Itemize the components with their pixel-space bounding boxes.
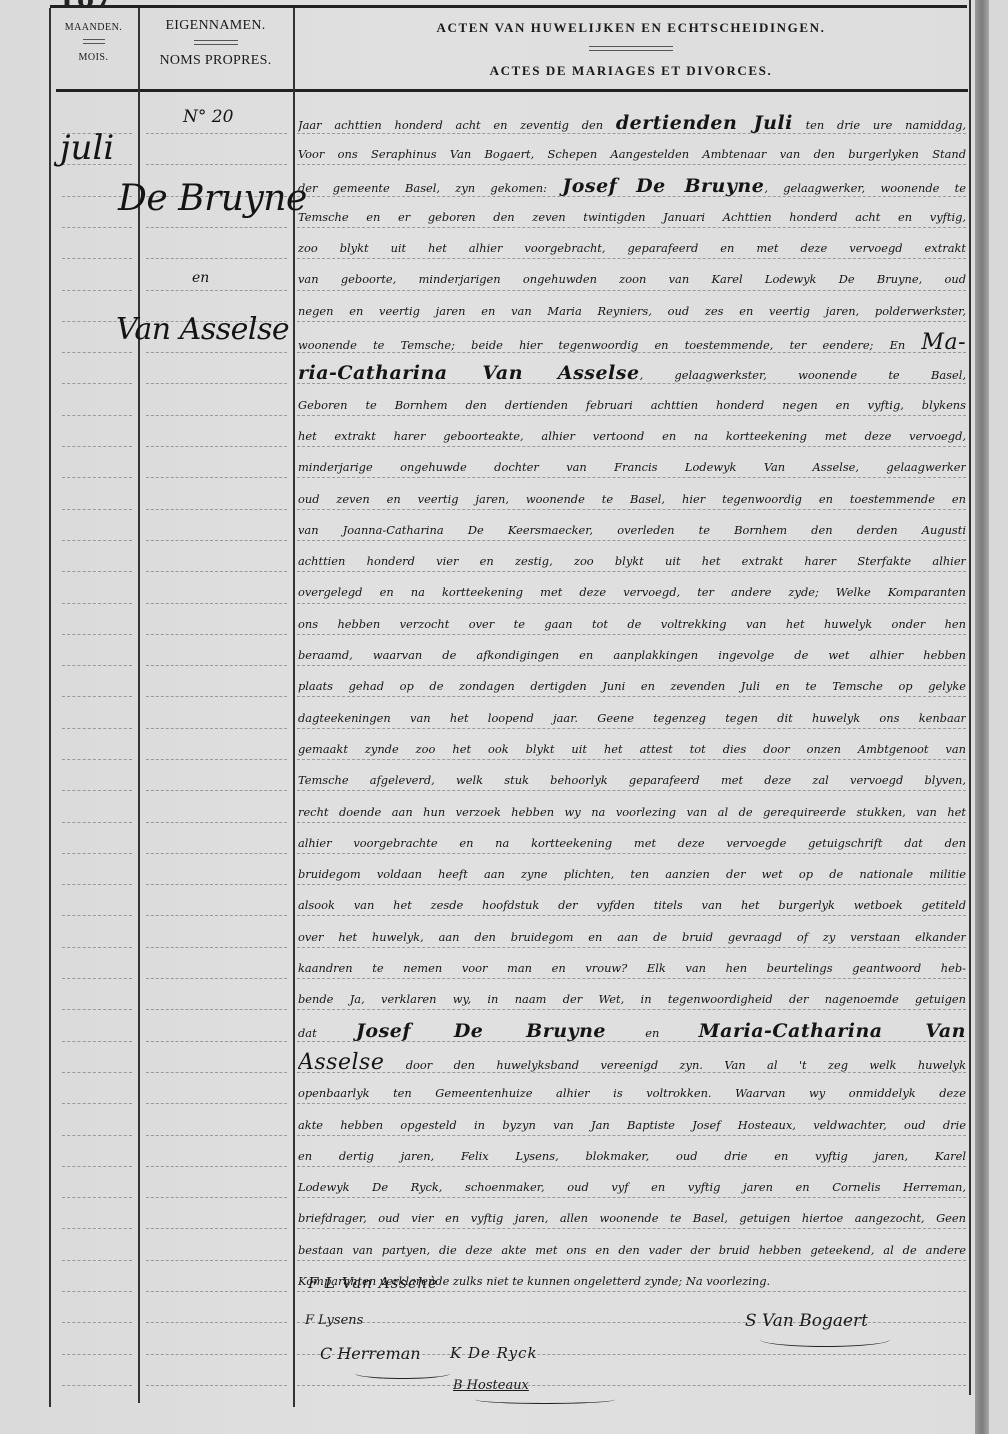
- party-name: Maria-Catharina Van: [699, 1020, 966, 1042]
- text-line: Temsche en er geboren den zeven twintigd…: [298, 202, 966, 233]
- text-line: over het huwelyk, aan den bruidegom en a…: [298, 922, 966, 953]
- text-line: Geboren te Bornhem den dertienden februa…: [298, 390, 966, 421]
- ruled-line: [62, 728, 132, 729]
- text-segment: en: [606, 1026, 699, 1040]
- ruled-line: [62, 446, 132, 447]
- signature-witness: K De Ryck: [450, 1344, 538, 1362]
- ruled-line: [146, 1322, 287, 1323]
- text-segment: alhier voorgebrachte en na kortteekening…: [298, 836, 966, 850]
- text-line: en dertig jaren, Felix Lysens, blokmaker…: [298, 1141, 966, 1172]
- ruled-line: [62, 947, 132, 948]
- text-segment: Temsche en er geboren den zeven twintigd…: [298, 210, 966, 224]
- ruled-line: [146, 290, 287, 291]
- ruled-line: [62, 1291, 132, 1292]
- ruled-line: [146, 978, 287, 979]
- header-rule: [56, 89, 968, 92]
- ruled-line: [146, 1354, 287, 1355]
- double-rule: [194, 40, 238, 45]
- marriage-act-text: Jaar achttien honderd acht en zeventig d…: [298, 108, 966, 1297]
- ruled-line: [146, 947, 287, 948]
- text-segment: , gelaagwerkster, woonende te Basel,: [640, 368, 966, 382]
- ruled-line: [62, 540, 132, 541]
- ruled-line: [62, 884, 132, 885]
- text-line: recht doende aan hun verzoek hebben wy n…: [298, 797, 966, 828]
- ruled-line: [62, 1260, 132, 1261]
- ruled-line: [62, 227, 132, 228]
- text-line: alhier voorgebrachte en na kortteekening…: [298, 828, 966, 859]
- ruled-line: [62, 665, 132, 666]
- ruled-line: [146, 540, 287, 541]
- text-segment: van geboorte, minderjarigen ongehuwden z…: [298, 272, 966, 286]
- ruled-line: [146, 1260, 287, 1261]
- text-segment: woonende te Temsche; beide hier tegenwoo…: [298, 338, 921, 352]
- ruled-line: [62, 1354, 132, 1355]
- text-segment: alsook van het zesde hoofdstuk der vyfde…: [298, 898, 966, 912]
- text-segment: het extrakt harer geboorteakte, alhier v…: [298, 429, 966, 443]
- text-line: beraamd, waarvan de afkondigingen en aan…: [298, 640, 966, 671]
- act-number: N° 20: [183, 107, 233, 127]
- ruled-line: [146, 258, 287, 259]
- ruled-line: [146, 509, 287, 510]
- text-line: Asselse door den huwelyksband vereenigd …: [298, 1047, 966, 1078]
- party-name: Asselse: [298, 1050, 384, 1075]
- double-rule: [83, 39, 105, 44]
- text-line: Lodewyk De Ryck, schoenmaker, oud vyf en…: [298, 1172, 966, 1203]
- ruled-line: [146, 133, 287, 134]
- ruled-line: [146, 1103, 287, 1104]
- text-line: briefdrager, oud vier en vyftig jaren, a…: [298, 1203, 966, 1234]
- header-months: MAANDEN. MOIS.: [49, 22, 138, 63]
- year-stub: 187: [58, 0, 115, 16]
- text-segment: over het huwelyk, aan den bruidegom en a…: [298, 930, 966, 944]
- groom-surname: De Bruyne: [118, 178, 307, 219]
- text-line: gemaakt zynde zoo het ook blykt uit het …: [298, 734, 966, 765]
- ruled-line: [62, 1385, 132, 1386]
- ruled-line: [146, 1041, 287, 1042]
- text-segment: ten drie ure namiddag,: [793, 118, 966, 132]
- text-line: ria-Catharina Van Asselse, gelaagwerkste…: [298, 358, 966, 389]
- header-months-fr: MOIS.: [49, 52, 138, 63]
- ruled-line: [146, 1166, 287, 1167]
- text-line: Jaar achttien honderd acht en zeventig d…: [298, 108, 966, 139]
- ruled-line: [62, 790, 132, 791]
- text-segment: negen en veertig jaren en van Maria Reyn…: [298, 304, 966, 318]
- ruled-line: [146, 446, 287, 447]
- column-divider: [49, 8, 51, 1407]
- ruled-line: [146, 1135, 287, 1136]
- ruled-line: [146, 1009, 287, 1010]
- ruled-line: [146, 915, 287, 916]
- text-line: bruidegom voldaan heeft aan zyne plichte…: [298, 859, 966, 890]
- text-segment: Geboren te Bornhem den dertienden februa…: [298, 398, 966, 412]
- text-line: Temsche afgeleverd, welk stuk behoorlyk …: [298, 765, 966, 796]
- ruled-line: [62, 634, 132, 635]
- ruled-line: [62, 853, 132, 854]
- text-segment: , gelaagwerker, woonende te: [764, 181, 966, 195]
- ruled-line: [146, 665, 287, 666]
- ruled-line: [62, 415, 132, 416]
- text-segment: openbaarlyk ten Gemeentenhuize alhier is…: [298, 1086, 966, 1100]
- ruled-line: [62, 822, 132, 823]
- text-segment: minderjarige ongehuwde dochter van Franc…: [298, 460, 966, 474]
- double-rule: [589, 46, 673, 51]
- ruled-line: [146, 1385, 287, 1386]
- ruled-line: [146, 1228, 287, 1229]
- ruled-line: [62, 915, 132, 916]
- signature-witness: F Lysens: [305, 1313, 363, 1328]
- text-segment: van Joanna-Catharina De Keersmaecker, ov…: [298, 523, 966, 537]
- text-line: woonende te Temsche; beide hier tegenwoo…: [298, 327, 966, 358]
- ruled-line: [62, 477, 132, 478]
- next-page-edge: [989, 0, 1008, 1434]
- ruled-line: [146, 1197, 287, 1198]
- text-segment: dagteekeningen van het loopend jaar. Gee…: [298, 711, 966, 725]
- conjunction: en: [192, 270, 209, 286]
- ruled-line: [62, 759, 132, 760]
- text-segment: bestaan van partyen, die deze akte met o…: [298, 1243, 966, 1257]
- signature-father-of-bride: F L Van Asschè: [308, 1274, 438, 1292]
- header-title-fr: ACTES DE MARIAGES ET DIVORCES.: [293, 63, 969, 79]
- party-name: dertienden Juli: [616, 112, 793, 134]
- entry-month: juli: [60, 128, 114, 168]
- party-name: ria-Catharina Van Asselse: [298, 362, 640, 384]
- signature-official: S Van Bogaert: [745, 1311, 868, 1331]
- ruled-line: [62, 383, 132, 384]
- ruled-line: [62, 696, 132, 697]
- text-segment: bende Ja, verklaren wy, in naam der Wet,…: [298, 992, 966, 1006]
- ruled-line: [62, 509, 132, 510]
- text-line: bende Ja, verklaren wy, in naam der Wet,…: [298, 984, 966, 1015]
- text-segment: beraamd, waarvan de afkondigingen en aan…: [298, 648, 966, 662]
- ruled-line: [146, 164, 287, 165]
- text-segment: en dertig jaren, Felix Lysens, blokmaker…: [298, 1149, 966, 1163]
- text-line: van geboorte, minderjarigen ongehuwden z…: [298, 264, 966, 295]
- ruled-line: [146, 728, 287, 729]
- ruled-line: [146, 634, 287, 635]
- signature-witness: B Hosteaux: [453, 1378, 529, 1393]
- header-names-fr: NOMS PROPRES.: [138, 53, 293, 69]
- text-line: akte hebben opgesteld in byzyn van Jan B…: [298, 1110, 966, 1141]
- text-segment: Lodewyk De Ryck, schoenmaker, oud vyf en…: [298, 1180, 966, 1194]
- header-months-nl: MAANDEN.: [49, 22, 138, 33]
- text-segment: Jaar achttien honderd acht en zeventig d…: [298, 118, 616, 132]
- text-line: negen en veertig jaren en van Maria Reyn…: [298, 296, 966, 327]
- text-segment: bruidegom voldaan heeft aan zyne plichte…: [298, 867, 966, 881]
- ruled-line: [297, 1385, 966, 1386]
- text-line: oud zeven en veertig jaren, woonende te …: [298, 484, 966, 515]
- text-line: het extrakt harer geboorteakte, alhier v…: [298, 421, 966, 452]
- ruled-line: [146, 352, 287, 353]
- ruled-line: [146, 415, 287, 416]
- text-segment: plaats gehad op de zondagen dertigden Ju…: [298, 679, 966, 693]
- text-segment: overgelegd en na kortteekening met deze …: [298, 585, 966, 599]
- text-line: dat Josef De Bruyne en Maria-Catharina V…: [298, 1016, 966, 1047]
- book-binding: [975, 0, 989, 1434]
- text-segment: oud zeven en veertig jaren, woonende te …: [298, 492, 966, 506]
- ruled-line: [62, 1166, 132, 1167]
- text-line: kaandren te nemen voor man en vrouw? Elk…: [298, 953, 966, 984]
- ruled-line: [62, 1103, 132, 1104]
- text-line: plaats gehad op de zondagen dertigden Ju…: [298, 671, 966, 702]
- ruled-line: [62, 1009, 132, 1010]
- text-line: der gemeente Basel, zyn gekomen: Josef D…: [298, 171, 966, 202]
- ruled-line: [62, 1041, 132, 1042]
- signature-flourish: [760, 1332, 890, 1347]
- text-segment: dat: [298, 1026, 356, 1040]
- ruled-line: [146, 853, 287, 854]
- ruled-line: [62, 1135, 132, 1136]
- ruled-line: [146, 227, 287, 228]
- register-page: 187 MAANDEN. MOIS. EIGENNAMEN. NOMS PROP…: [0, 0, 1008, 1434]
- party-name: Ma-: [921, 330, 966, 355]
- text-line: alsook van het zesde hoofdstuk der vyfde…: [298, 890, 966, 921]
- ruled-line: [62, 603, 132, 604]
- page-border: [969, 0, 971, 1395]
- text-line: ons hebben verzocht over te gaan tot de …: [298, 609, 966, 640]
- text-line: minderjarige ongehuwde dochter van Franc…: [298, 452, 966, 483]
- text-line: achttien honderd vier en zestig, zoo bly…: [298, 546, 966, 577]
- ruled-line: [146, 571, 287, 572]
- header-title: ACTEN VAN HUWELIJKEN EN ECHTSCHEIDINGEN.…: [293, 20, 969, 79]
- ruled-line: [62, 1072, 132, 1073]
- text-line: Voor ons Seraphinus Van Bogaert, Schepen…: [298, 139, 966, 170]
- text-line: dagteekeningen van het loopend jaar. Gee…: [298, 703, 966, 734]
- header-names-nl: EIGENNAMEN.: [138, 18, 293, 34]
- bride-surname: Van Asselse: [116, 312, 289, 347]
- ruled-line: [62, 290, 132, 291]
- text-segment: der gemeente Basel, zyn gekomen:: [298, 181, 562, 195]
- ruled-line: [146, 1291, 287, 1292]
- ruled-line: [146, 1072, 287, 1073]
- signature-witness: C Herreman: [320, 1344, 421, 1363]
- ruled-line: [62, 258, 132, 259]
- text-segment: Voor ons Seraphinus Van Bogaert, Schepen…: [298, 147, 966, 161]
- party-name: Josef De Bruyne: [562, 175, 764, 197]
- text-segment: achttien honderd vier en zestig, zoo bly…: [298, 554, 966, 568]
- header-title-nl: ACTEN VAN HUWELIJKEN EN ECHTSCHEIDINGEN.: [293, 20, 969, 36]
- text-segment: kaandren te nemen voor man en vrouw? Elk…: [298, 961, 966, 975]
- text-line: zoo blykt uit het alhier voorgebracht, g…: [298, 233, 966, 264]
- ruled-line: [62, 1197, 132, 1198]
- text-line: bestaan van partyen, die deze akte met o…: [298, 1235, 966, 1266]
- ruled-line: [146, 477, 287, 478]
- ruled-line: [146, 790, 287, 791]
- ruled-line: [146, 884, 287, 885]
- ruled-line: [146, 696, 287, 697]
- text-segment: Temsche afgeleverd, welk stuk behoorlyk …: [298, 773, 966, 787]
- ruled-line: [146, 759, 287, 760]
- text-segment: akte hebben opgesteld in byzyn van Jan B…: [298, 1118, 966, 1132]
- text-segment: ons hebben verzocht over te gaan tot de …: [298, 617, 966, 631]
- text-segment: zoo blykt uit het alhier voorgebracht, g…: [298, 241, 966, 255]
- header-names: EIGENNAMEN. NOMS PROPRES.: [138, 18, 293, 69]
- ruled-line: [62, 1322, 132, 1323]
- text-line: openbaarlyk ten Gemeentenhuize alhier is…: [298, 1078, 966, 1109]
- signature-flourish: [475, 1395, 615, 1404]
- signature-flourish: [355, 1368, 450, 1379]
- ruled-line: [62, 1228, 132, 1229]
- ruled-line: [62, 571, 132, 572]
- ruled-line: [62, 352, 132, 353]
- top-rule: [50, 5, 967, 8]
- text-segment: gemaakt zynde zoo het ook blykt uit het …: [298, 742, 966, 756]
- party-name: Josef De Bruyne: [356, 1020, 606, 1042]
- text-line: overgelegd en na kortteekening met deze …: [298, 577, 966, 608]
- ruled-line: [146, 822, 287, 823]
- ruled-line: [146, 603, 287, 604]
- text-segment: briefdrager, oud vier en vyftig jaren, a…: [298, 1211, 966, 1225]
- text-segment: door den huwelyksband vereenigd zyn. Van…: [384, 1058, 966, 1072]
- text-segment: recht doende aan hun verzoek hebben wy n…: [298, 805, 966, 819]
- ruled-line: [62, 978, 132, 979]
- text-line: van Joanna-Catharina De Keersmaecker, ov…: [298, 515, 966, 546]
- ruled-line: [146, 383, 287, 384]
